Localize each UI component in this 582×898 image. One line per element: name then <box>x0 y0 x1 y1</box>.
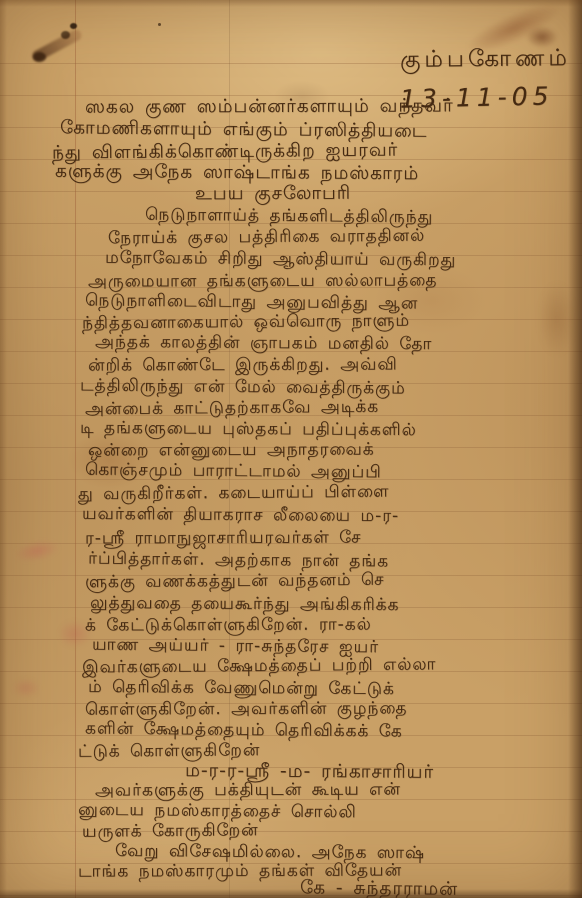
letter-line: யவர்களின் தியாகராச லீலையை ம-ர- <box>82 505 399 527</box>
letter-line: கொஞ்சமும் பாராட்டாமல் அனுப்பி <box>85 461 382 483</box>
letter-page: கும்பகோணம் 13-11-05 ஸகல குண ஸம்பன்னர்களா… <box>0 0 582 898</box>
letter-line: னுடைய நமஸ்காரத்தைச் சொல்லி <box>78 801 357 823</box>
letter-line: களுக்கு அநேக ஸாஷ்டாங்க நமஸ்காரம் <box>55 161 419 185</box>
letter-line: ர்ப்பித்தார்கள். அதற்காக நான் தங்க <box>88 550 389 572</box>
letter-line: டத்திலிருந்து என் மேல் வைத்திருக்கும் <box>80 376 406 399</box>
letter-line: அன்பைக் காட்டுதற்காகவே அடிக்க <box>85 398 379 420</box>
letter-line: அந்தக் காலத்தின் ஞாபகம் மனதில் தோ <box>95 333 432 355</box>
letter-line: டி தங்களுடைய புஸ்தகப் பதிப்புக்களில் <box>80 419 417 441</box>
letter-line: க் கேட்டுக்கொள்ளுகிறேன். ரா-கல் <box>85 615 372 636</box>
signature-line: கே - சுந்தரராமன் <box>300 877 458 898</box>
letter-line: ம் தெரிவிக்க வேணுமென்று கேட்டுக் <box>88 678 395 700</box>
letter-line: கொள்ளுகிறேன். அவர்களின் குழந்தை <box>85 699 408 720</box>
letter-line: நேராய்க் குசல பத்திரிகை வராததினல் <box>108 227 425 249</box>
letter-line: அருமையான தங்களுடைய ஸல்லாபத்தை <box>88 271 437 292</box>
letter-line: லுத்துவதை தயைகூர்ந்து அங்கிகரிக்க <box>90 594 400 616</box>
letter-line: அவர்களுக்கு பக்தியுடன் கூடிய என் <box>95 780 401 801</box>
letter-line: ன்றிக் கொண்டே இருக்கிறது. அவ்வி <box>88 355 398 376</box>
letter-line: மநோவேகம் சிறிது ஆஸ்தியாய் வருகிறது <box>105 249 456 271</box>
letter-line: இவர்களுடைய க்ஷேமத்தைப் பற்றி எல்லா <box>82 655 437 678</box>
letter-line: து வருகிறீர்கள். கடையாய்ப் பிள்ளை <box>78 483 390 505</box>
letter-line: ர-ஸ்ரீ ராமாநுஜாசாரியரவர்கள் சே <box>85 529 362 550</box>
handwriting-layer: கும்பகோணம் 13-11-05 ஸகல குண ஸம்பன்னர்களா… <box>0 0 582 898</box>
letter-line: ளுக்கு வணக்கத்துடன் வந்தனம் செ <box>85 571 385 593</box>
letter-line: நெடுநாளாய்த் தங்களிடத்திலிருந்து <box>145 206 433 228</box>
salutation-line: உபய குசலோபரி <box>195 183 351 205</box>
letter-line: ந்தித்தவனாகையால் ஒவ்வொரு நாளும் <box>82 312 410 334</box>
letter-line: ட்டுக் கொள்ளுகிறேன் <box>78 741 260 762</box>
letter-line: கோமணிகளாயும் எங்கும் ப்ரஸித்தியடை <box>60 117 428 142</box>
letter-line: யருளக் கோருகிறேன் <box>82 821 259 842</box>
letter-line: ஸகல குண ஸம்பன்னர்களாயும் வந்தவர் <box>85 95 454 118</box>
letter-line: ஒன்றை என்னுடைய அநாதரவைக் <box>88 440 375 461</box>
letter-line: களின் க்ஷேமத்தையும் தெரிவிக்கக் கே <box>85 719 403 742</box>
place-line: கும்பகோணம் <box>400 45 571 73</box>
